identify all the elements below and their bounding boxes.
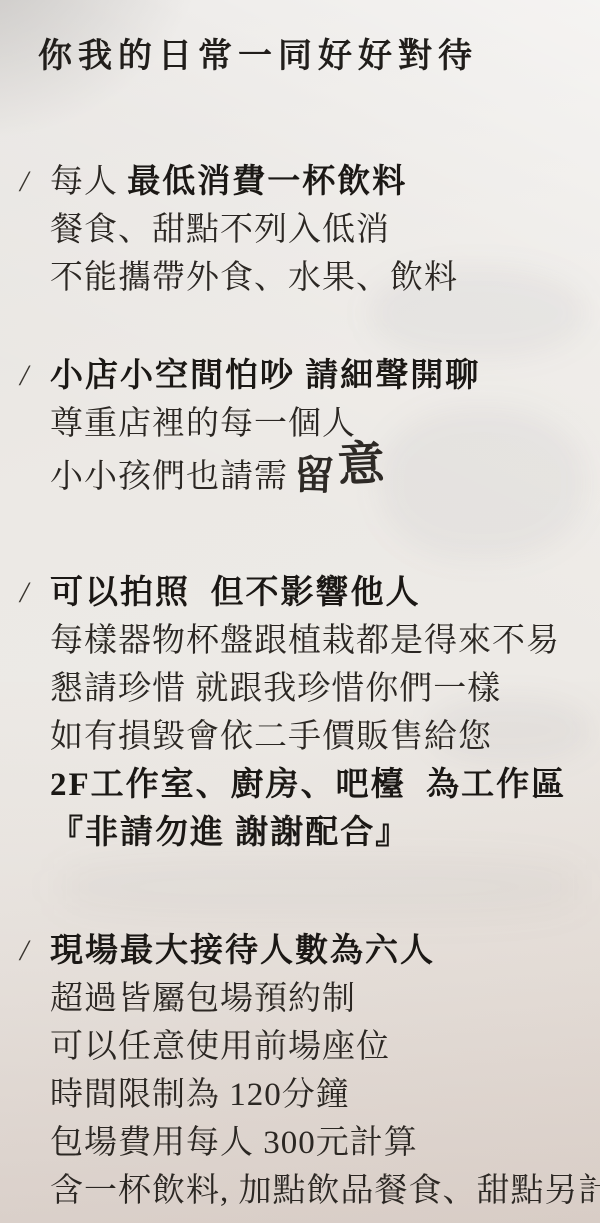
rule-line: 可以任意使用前場座位 [50, 1023, 580, 1071]
rule-line-fee: 包場費用每人 300元計算 [50, 1119, 580, 1167]
rule-line: 餐食、甜點不列入低消 [50, 206, 580, 254]
slash-bullet: / [20, 927, 28, 975]
handwritten-annotation: 留意 [294, 448, 386, 500]
slash-bullet: / [20, 352, 28, 400]
rule-line: 懇請珍惜 就跟我珍惜你們一樣 [50, 665, 580, 713]
rule-header: 每人 最低消費一杯飲料 [50, 158, 580, 206]
handwritten-char: 留 [293, 451, 336, 500]
rule-line: 尊重店裡的每一個人 [50, 400, 580, 448]
rule-header: 現場最大接待人數為六人 [50, 927, 580, 975]
rule-line: 不能攜帶外食、水果、飲料 [50, 254, 580, 302]
rule-header-bold: 小店小空間怕吵 請細聲開聊 [50, 358, 480, 394]
page-title: 你我的日常一同好好對待 [38, 36, 478, 78]
rule-header-bold: 現場最大接待人數為六人 [50, 933, 435, 969]
rule-section-capacity: / 現場最大接待人數為六人 超過皆屬包場預約制 可以任意使用前場座位 時間限制為… [20, 927, 580, 1215]
rule-section-minimum-order: / 每人 最低消費一杯飲料 餐食、甜點不列入低消 不能攜帶外食、水果、飲料 [20, 158, 580, 302]
rule-line-with-handwriting: 小小孩們也請需留意 [50, 448, 580, 496]
rule-header-bold: 最低消費一杯飲料 [127, 164, 407, 200]
rule-line-work-area: 2F工作室、廚房、吧檯 為工作區 [50, 761, 580, 809]
rule-section-photos: / 可以拍照 但不影響他人 每樣器物杯盤跟植栽都是得來不易 懇請珍惜 就跟我珍惜… [20, 569, 580, 857]
rule-line-time-limit: 時間限制為 120分鐘 [50, 1071, 580, 1119]
rule-line: 含一杯飲料, 加點飲品餐食、甜點另計 [50, 1167, 580, 1215]
rule-line: 超過皆屬包場預約制 [50, 975, 580, 1023]
handwritten-char: 意 [336, 440, 386, 490]
rule-header: 小店小空間怕吵 請細聲開聊 [50, 352, 580, 400]
house-rules-notice: 你我的日常一同好好對待 / 每人 最低消費一杯飲料 餐食、甜點不列入低消 不能攜… [0, 0, 600, 1223]
rule-header: 可以拍照 但不影響他人 [50, 569, 580, 617]
rule-line: 如有損毀會依二手價販售給您 [50, 713, 580, 761]
slash-bullet: / [20, 158, 28, 206]
rule-header-bold: 可以拍照 但不影響他人 [50, 575, 421, 611]
rule-line: 每樣器物杯盤跟植栽都是得來不易 [50, 617, 580, 665]
rule-header-regular: 每人 [50, 164, 127, 200]
slash-bullet: / [20, 569, 28, 617]
paper-showthrough [60, 858, 580, 916]
rule-line-text: 小小孩們也請需 [50, 459, 288, 495]
rule-section-quiet: / 小店小空間怕吵 請細聲開聊 尊重店裡的每一個人 小小孩們也請需留意 [20, 352, 580, 496]
rule-line-no-entry: 『非請勿進 謝謝配合』 [50, 809, 580, 857]
